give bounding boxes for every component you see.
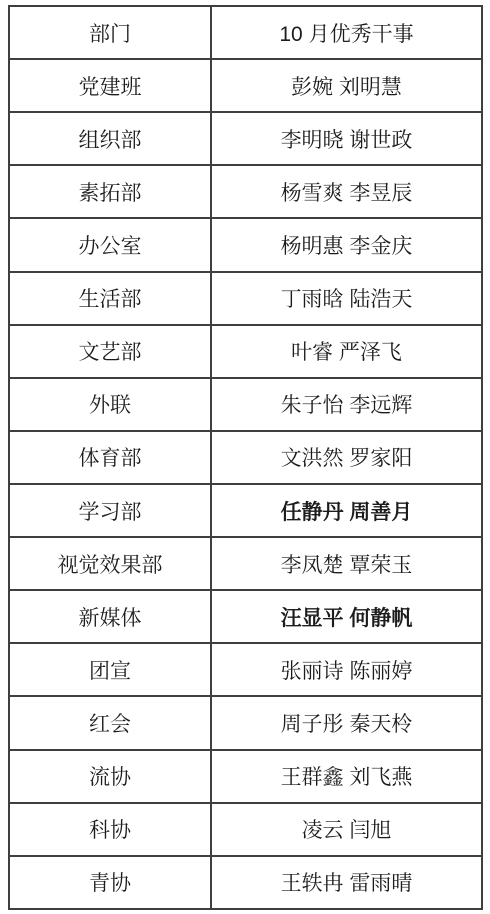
department-cell: 视觉效果部	[9, 537, 211, 590]
table-header-row: 部门 10 月优秀干事	[9, 6, 482, 59]
department-cell: 流协	[9, 750, 211, 803]
awardees-cell: 彭婉 刘明慧	[211, 59, 482, 112]
table-row: 视觉效果部 李凤楚 覃荣玉	[9, 537, 482, 590]
table-row: 组织部 李明晓 谢世政	[9, 112, 482, 165]
department-cell: 新媒体	[9, 590, 211, 643]
table-row: 生活部 丁雨晗 陆浩天	[9, 272, 482, 325]
table-row: 文艺部 叶睿 严泽飞	[9, 325, 482, 378]
awardees-cell: 王轶冉 雷雨晴	[211, 856, 482, 909]
table-row: 红会 周子彤 秦天柃	[9, 696, 482, 749]
department-cell: 文艺部	[9, 325, 211, 378]
awardees-cell: 杨雪爽 李昱辰	[211, 165, 482, 218]
department-cell: 生活部	[9, 272, 211, 325]
department-cell: 团宣	[9, 643, 211, 696]
awardees-cell: 汪显平 何静帆	[211, 590, 482, 643]
department-cell: 红会	[9, 696, 211, 749]
table-row: 团宣 张丽诗 陈丽婷	[9, 643, 482, 696]
award-table-body: 部门 10 月优秀干事 党建班 彭婉 刘明慧 组织部 李明晓 谢世政 素拓部 杨…	[9, 6, 482, 909]
awardees-cell: 张丽诗 陈丽婷	[211, 643, 482, 696]
awardees-cell: 朱子怡 李远辉	[211, 378, 482, 431]
department-cell: 学习部	[9, 484, 211, 537]
table-row: 办公室 杨明惠 李金庆	[9, 218, 482, 271]
table-row: 新媒体 汪显平 何静帆	[9, 590, 482, 643]
awardees-cell: 凌云 闫旭	[211, 803, 482, 856]
header-cell-awardees: 10 月优秀干事	[211, 6, 482, 59]
october-award-table: 部门 10 月优秀干事 党建班 彭婉 刘明慧 组织部 李明晓 谢世政 素拓部 杨…	[8, 5, 483, 910]
department-cell: 素拓部	[9, 165, 211, 218]
awardees-cell: 周子彤 秦天柃	[211, 696, 482, 749]
awardees-cell: 叶睿 严泽飞	[211, 325, 482, 378]
table-row: 素拓部 杨雪爽 李昱辰	[9, 165, 482, 218]
department-cell: 办公室	[9, 218, 211, 271]
table-row: 党建班 彭婉 刘明慧	[9, 59, 482, 112]
department-cell: 体育部	[9, 431, 211, 484]
table-row: 科协 凌云 闫旭	[9, 803, 482, 856]
awardees-cell: 任静丹 周善月	[211, 484, 482, 537]
header-cell-department: 部门	[9, 6, 211, 59]
department-cell: 组织部	[9, 112, 211, 165]
department-cell: 外联	[9, 378, 211, 431]
awardees-cell: 杨明惠 李金庆	[211, 218, 482, 271]
awardees-cell: 文洪然 罗家阳	[211, 431, 482, 484]
department-cell: 党建班	[9, 59, 211, 112]
department-cell: 青协	[9, 856, 211, 909]
table-row: 学习部 任静丹 周善月	[9, 484, 482, 537]
department-cell: 科协	[9, 803, 211, 856]
awardees-cell: 丁雨晗 陆浩天	[211, 272, 482, 325]
awardees-cell: 王群鑫 刘飞燕	[211, 750, 482, 803]
table-row: 体育部 文洪然 罗家阳	[9, 431, 482, 484]
table-row: 外联 朱子怡 李远辉	[9, 378, 482, 431]
awardees-cell: 李凤楚 覃荣玉	[211, 537, 482, 590]
table-row: 青协 王轶冉 雷雨晴	[9, 856, 482, 909]
awardees-cell: 李明晓 谢世政	[211, 112, 482, 165]
table-row: 流协 王群鑫 刘飞燕	[9, 750, 482, 803]
